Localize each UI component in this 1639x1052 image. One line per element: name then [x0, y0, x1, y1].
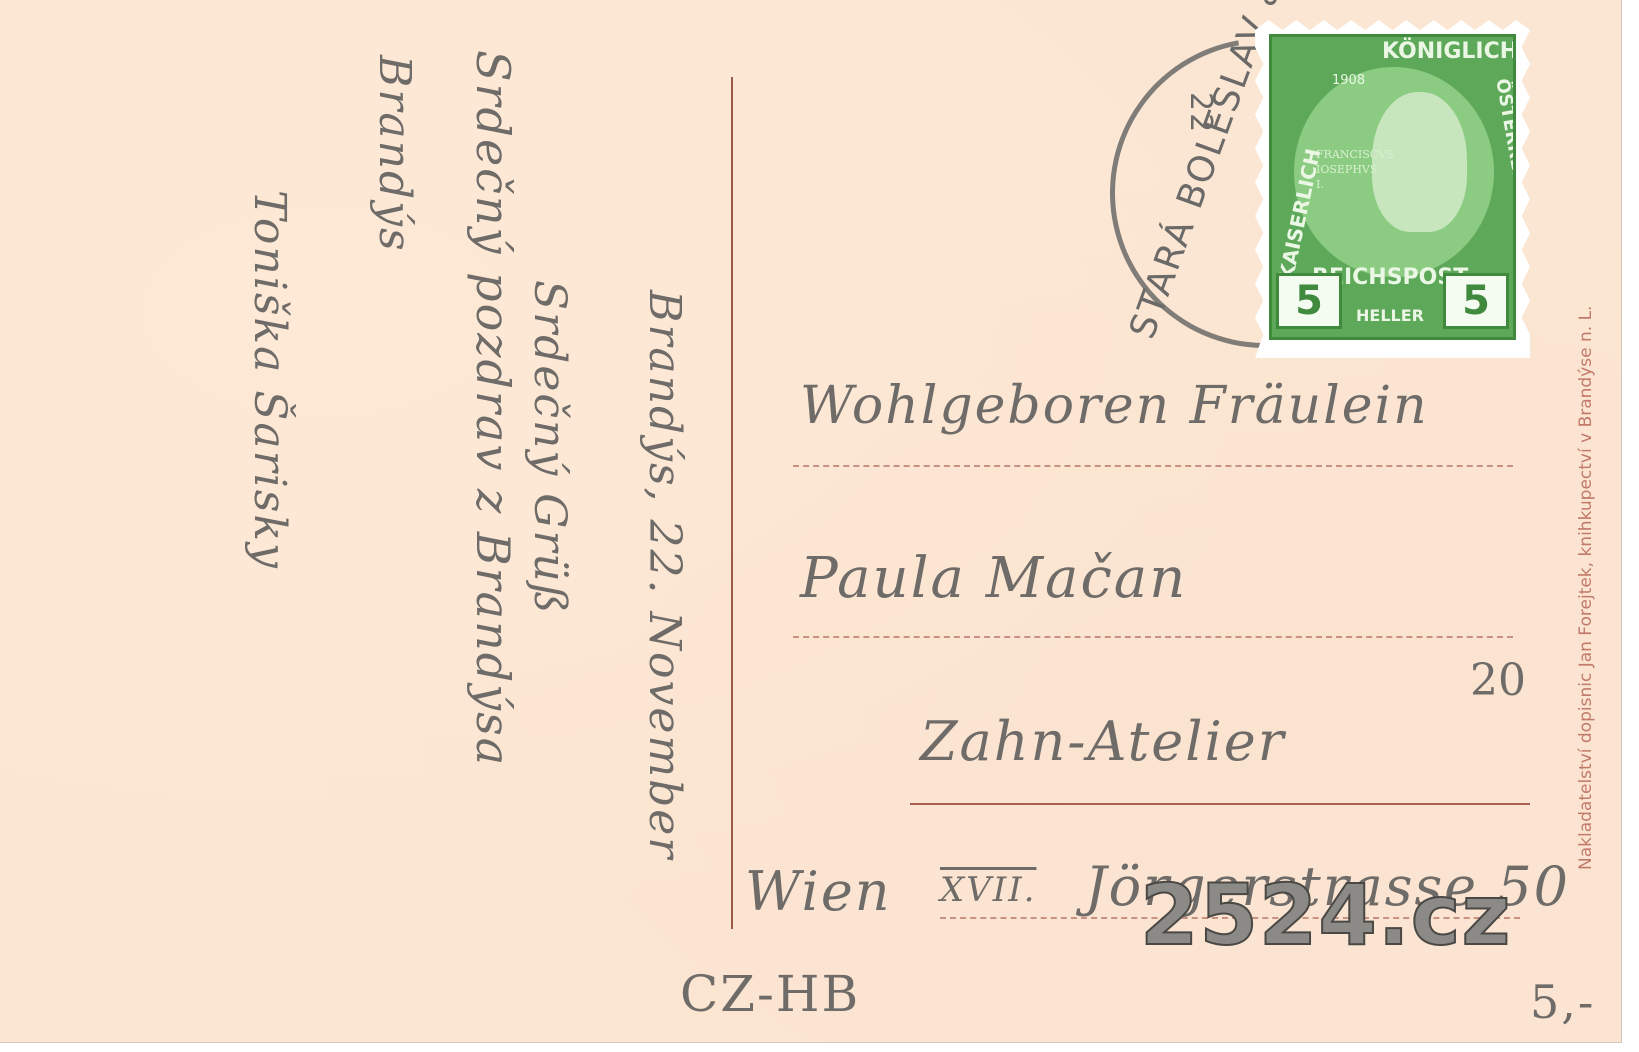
- message-dateline: Brandýs, 22. November: [639, 290, 690, 860]
- price-note: 5,-: [1530, 975, 1595, 1029]
- address-city: Wien: [745, 860, 892, 923]
- stamp-value-left: 5: [1276, 273, 1342, 329]
- stamp-text-right: ÖSTERREICHISCHE: [1491, 77, 1516, 266]
- message-place: Brandýs: [369, 55, 420, 253]
- stamp-value-right: 5: [1443, 273, 1509, 329]
- address-line-1: Wohlgeboren Fräulein: [800, 376, 1429, 436]
- catalog-code: CZ-HB: [680, 965, 860, 1023]
- stamp-portrait-name: FRANCISCVS IOSEPHVS I.: [1316, 147, 1394, 192]
- address-rule-1: [793, 465, 1513, 467]
- stamp-year: 1908: [1332, 73, 1365, 88]
- address-rule-3: [910, 803, 1530, 805]
- message-greeting: Srdečný pozdrav z Brandýsa: [466, 50, 520, 767]
- postmark-date: 22: [1183, 92, 1218, 134]
- address-district: XVII.: [940, 870, 1036, 910]
- address-rule-2: [793, 636, 1513, 638]
- stamp-text-top: KÖNIGLICH: [1382, 39, 1516, 64]
- address-line-3: Zahn-Atelier: [920, 710, 1286, 773]
- pencil-number: 20: [1470, 655, 1526, 706]
- message-signature: Toniška Šarisky: [244, 190, 295, 570]
- center-divider: [731, 77, 733, 929]
- postcard: Toniška Šarisky Brandýs Srdečný pozdrav …: [0, 0, 1622, 1043]
- address-line-2: Paula Mačan: [800, 546, 1187, 611]
- publisher-imprint: Nakladatelství dopisnic Jan Forejtek, kn…: [1576, 306, 1596, 870]
- postage-stamp: 1908 FRANCISCVS IOSEPHVS I. KÖNIGLICH KA…: [1255, 20, 1530, 358]
- stamp-design: 1908 FRANCISCVS IOSEPHVS I. KÖNIGLICH KA…: [1269, 34, 1516, 340]
- watermark: 2524.cz: [1140, 866, 1511, 964]
- message-greeting-2: Srdečný Grüß: [524, 280, 575, 615]
- stamp-currency: HELLER: [1356, 306, 1424, 325]
